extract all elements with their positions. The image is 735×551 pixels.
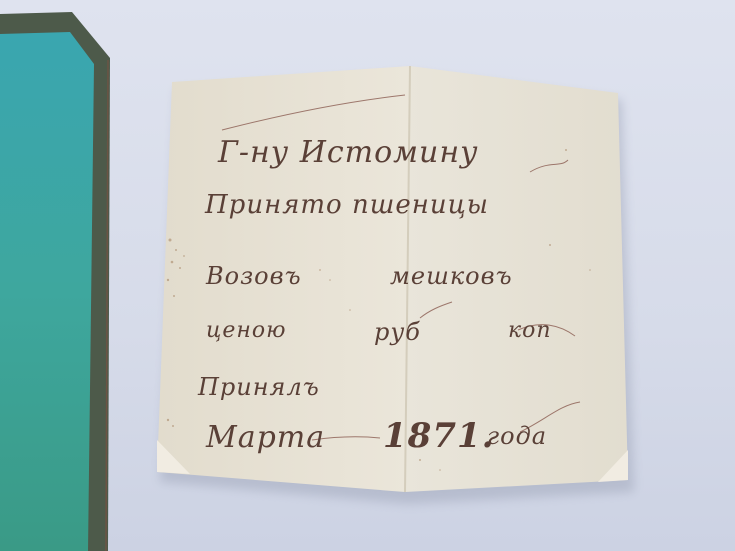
kopecks-label: коп [508,318,552,343]
accepted-goods-line: Принято пшеницы [205,190,489,220]
book-cover [0,12,110,551]
date-year-suffix: года [487,422,547,450]
date-year: 1871. [383,416,494,456]
received-by-label: Принялъ [198,373,320,401]
date-month: Марта [206,420,325,455]
background-objects [0,0,735,551]
carts-label: Возовъ [206,262,302,290]
rubles-label: руб [374,318,421,346]
sacks-label: мешковъ [390,262,513,290]
photo-scene: Г-ну Истомину Принято пшеницы Возовъ меш… [0,0,735,551]
price-label: ценою [206,318,286,343]
addressee-line: Г-ну Истомину [218,135,479,170]
